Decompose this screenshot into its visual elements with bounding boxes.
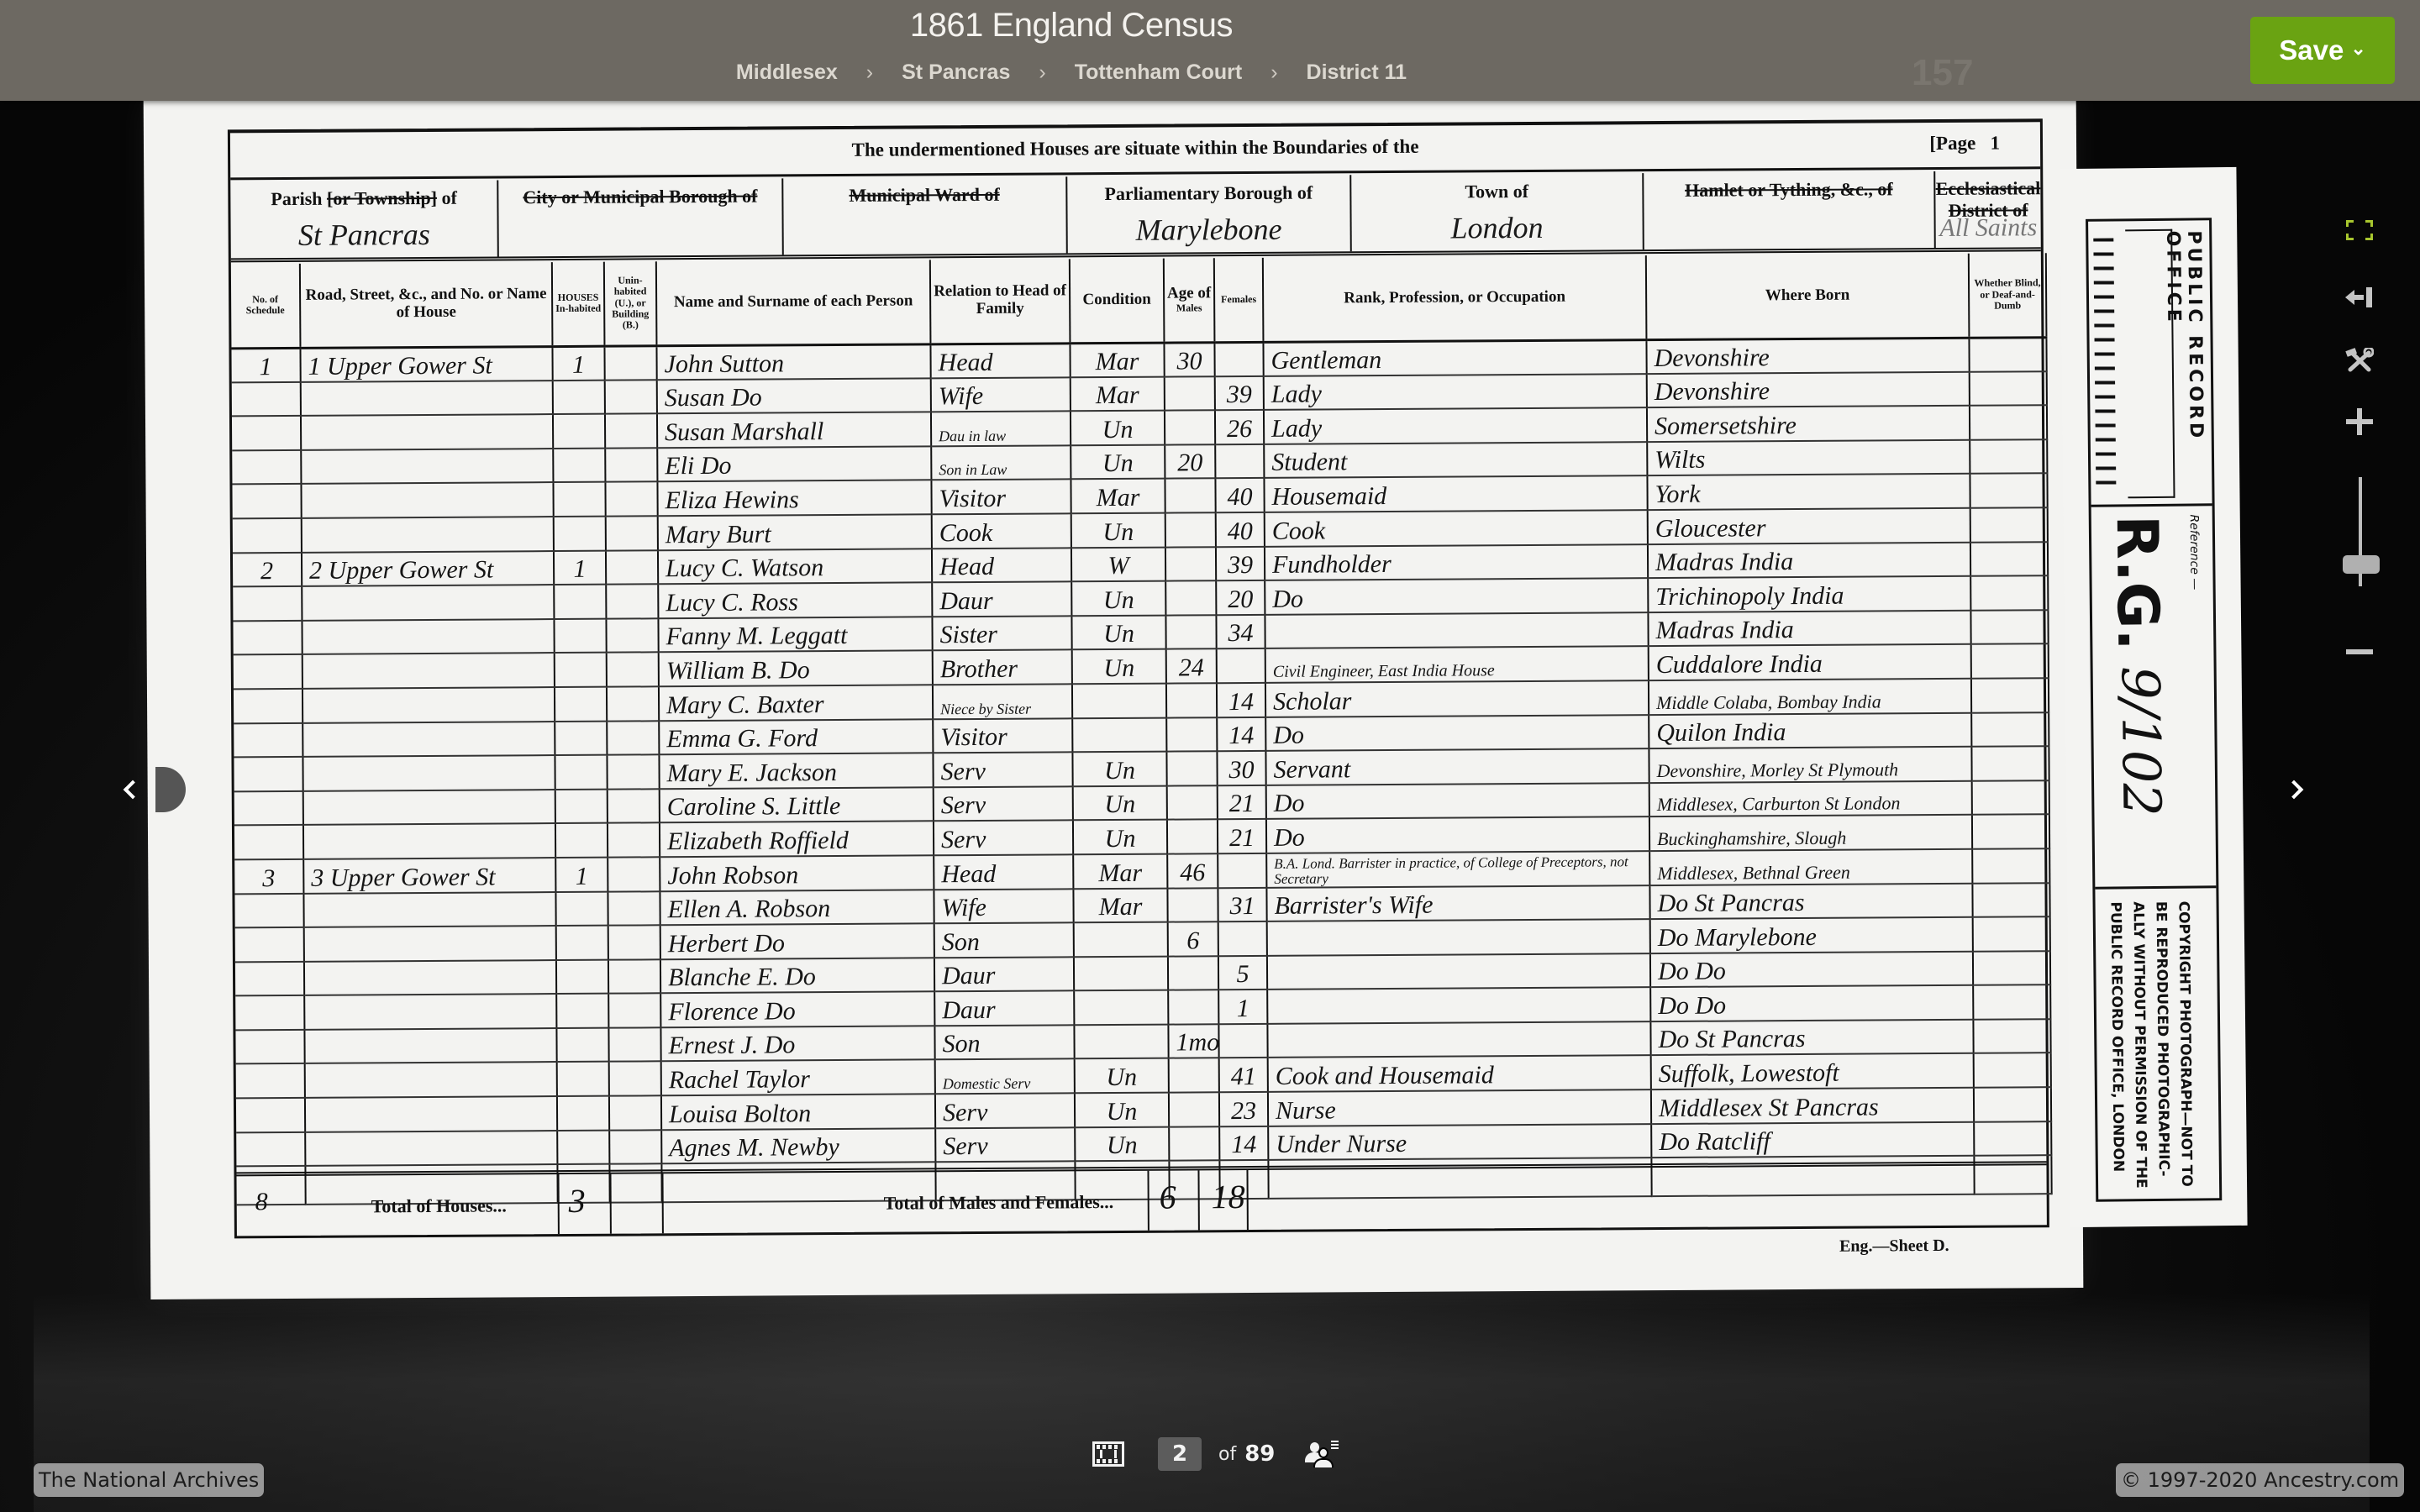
filmstrip-icon[interactable] xyxy=(1092,1441,1124,1467)
total-houses-value: 3 xyxy=(569,1181,586,1221)
cell-empty xyxy=(608,789,660,823)
previous-image-button[interactable] xyxy=(101,760,168,819)
area-heading: Town ofLondon xyxy=(1351,173,1644,251)
cell-condition xyxy=(1074,1024,1168,1058)
cell-male-age xyxy=(1168,956,1218,990)
cell-born: Madras India xyxy=(1648,611,1970,647)
cell-road xyxy=(304,960,556,995)
cell-born: Do Ratcliff xyxy=(1651,1121,1974,1158)
cell-empty xyxy=(607,653,659,687)
cell-condition: W xyxy=(1071,547,1165,581)
cell-schedule xyxy=(232,381,301,416)
cell-empty xyxy=(608,823,660,858)
cell-condition: Un xyxy=(1075,1058,1169,1093)
cell-condition: Un xyxy=(1072,649,1166,684)
cell-occupation: Under Nurse xyxy=(1268,1124,1651,1160)
reference-card: PUBLIC RECORD OFFICE Reference — R.G. 9/… xyxy=(2060,167,2247,1227)
cell-road xyxy=(304,1028,556,1063)
cell-male-age xyxy=(1169,1058,1219,1093)
cell-female-age xyxy=(1215,444,1264,479)
zoom-in-button[interactable] xyxy=(2339,402,2380,442)
cell-relation: Son xyxy=(934,1025,1074,1060)
cell-empty xyxy=(1971,678,2049,712)
cell-name: Lucy C. Watson xyxy=(658,549,932,585)
cell-occupation: Do xyxy=(1265,715,1649,751)
copyright-line: PUBLIC RECORD OFFICE, LONDON xyxy=(2104,901,2130,1189)
area-heading: Ecclesiastical District ofAll Saints xyxy=(1936,171,2041,248)
cell-road xyxy=(305,1096,557,1131)
cell-name: Ellen A. Robson xyxy=(660,890,934,926)
cell-inhabited xyxy=(554,618,606,653)
cell-name: John Robson xyxy=(660,855,934,891)
cell-name: Emma G. Ford xyxy=(659,719,933,755)
cell-condition: Un xyxy=(1072,752,1166,786)
area-headings: Parish [or Township] ofSt PancrasCity or… xyxy=(230,171,2041,262)
cell-male-age: 6 xyxy=(1168,921,1218,956)
cell-female-age: 1 xyxy=(1218,990,1267,1024)
cell-inhabited xyxy=(554,517,606,551)
cell-inhabited xyxy=(557,1096,609,1131)
cell-road xyxy=(302,585,554,620)
cell-male-age xyxy=(1169,1126,1219,1161)
cell-occupation: Lady xyxy=(1264,407,1647,444)
cell-male-age xyxy=(1167,888,1218,922)
cell-born: Middle Colaba, Bombay India xyxy=(1649,679,1971,715)
cell-schedule xyxy=(232,416,301,450)
cell-name: Ernest J. Do xyxy=(660,1026,934,1062)
cell-condition: Un xyxy=(1075,1093,1169,1127)
cell-female-age: 41 xyxy=(1219,1058,1268,1092)
cell-occupation: Housemaid xyxy=(1264,475,1647,512)
cell-name: Mary E. Jackson xyxy=(659,753,933,789)
breadcrumb-district[interactable]: District 11 xyxy=(1300,60,1414,84)
cell-occupation xyxy=(1265,612,1648,648)
ruler-title: PUBLIC RECORD OFFICE xyxy=(2162,230,2207,504)
table-header-row: No. of Schedule Road, Street, &c., and N… xyxy=(231,253,2047,348)
total-females: 18 xyxy=(1212,1177,1245,1216)
total-pages: 89 xyxy=(1244,1441,1275,1467)
cell-name: Louisa Bolton xyxy=(661,1094,935,1130)
cell-inhabited xyxy=(555,721,607,755)
cell-female-age: 39 xyxy=(1216,546,1265,580)
cell-female-age: 31 xyxy=(1218,887,1266,921)
cell-empty xyxy=(1974,1087,2051,1121)
cell-condition: Mar xyxy=(1071,479,1165,513)
cell-male-age xyxy=(1165,580,1216,615)
cell-name: Susan Do xyxy=(657,378,931,414)
cell-schedule xyxy=(233,518,302,553)
cell-inhabited xyxy=(554,585,606,619)
area-value xyxy=(783,248,1065,249)
collapse-panel-button[interactable] xyxy=(2339,277,2380,318)
cell-schedule xyxy=(233,586,302,621)
tools-icon xyxy=(2345,348,2374,373)
cell-road xyxy=(303,892,555,927)
cell-born: Buckinghamshire, Slough xyxy=(1649,815,1972,851)
cell-empty xyxy=(606,584,658,618)
cell-relation: Serv xyxy=(935,1093,1075,1128)
cell-inhabited xyxy=(555,891,608,926)
cell-condition: Un xyxy=(1071,411,1165,445)
copyright-credit: © 1997-2020 Ancestry.com xyxy=(2116,1463,2404,1497)
cell-occupation: Gentleman xyxy=(1263,339,1646,375)
area-value xyxy=(1644,243,1934,244)
cell-relation: Serv xyxy=(934,821,1073,856)
cell-name: Eli Do xyxy=(657,446,931,482)
cell-male-age xyxy=(1165,410,1215,444)
area-value: Marylebone xyxy=(1067,211,1349,248)
cell-condition: Un xyxy=(1073,820,1167,854)
cell-schedule xyxy=(234,689,302,723)
page-label: [Page 1 xyxy=(1929,123,2000,165)
cell-relation: Son in Law xyxy=(931,445,1071,480)
cell-empty xyxy=(606,550,658,585)
cell-road: 2 Upper Gower St xyxy=(302,551,554,586)
col-inhabited: HOUSESIn-habited xyxy=(552,262,605,346)
cell-inhabited xyxy=(555,687,607,722)
collapse-panel-icon xyxy=(2345,286,2374,308)
cell-male-age: 46 xyxy=(1167,853,1218,888)
cell-relation: Son xyxy=(934,922,1074,958)
cell-inhabited xyxy=(556,959,608,994)
cell-name: Blanche E. Do xyxy=(660,958,934,994)
cell-empty xyxy=(1974,1053,2051,1088)
cell-relation: Serv xyxy=(934,786,1073,822)
cell-name: Fanny M. Leggatt xyxy=(658,617,932,653)
cell-empty xyxy=(1973,1019,2050,1053)
cell-occupation: Civil Engineer, East India House xyxy=(1265,646,1649,682)
cell-female-age: 26 xyxy=(1215,410,1264,444)
cell-empty xyxy=(1970,542,2048,576)
cell-road xyxy=(303,790,555,825)
cell-born: Wilts xyxy=(1647,440,1970,476)
cell-empty xyxy=(1972,780,2049,815)
cell-male-age xyxy=(1169,1092,1219,1126)
cell-road xyxy=(303,823,555,858)
zoom-in-icon xyxy=(2346,408,2373,435)
cell-relation: Domestic Serv xyxy=(935,1059,1075,1095)
cell-name: Lucy C. Ross xyxy=(658,582,932,618)
copyright-line: COPYRIGHT PHOTOGRAPH—NOT TO xyxy=(2172,901,2198,1189)
chevron-left-icon xyxy=(124,780,143,800)
tools-button[interactable] xyxy=(2339,340,2380,381)
cell-road xyxy=(302,755,555,790)
cell-name: William B. Do xyxy=(659,651,933,687)
chevron-down-icon: ⌄ xyxy=(2350,38,2365,60)
cell-empty xyxy=(605,413,657,448)
cell-inhabited xyxy=(555,653,607,687)
cell-male-age: 30 xyxy=(1164,342,1214,376)
cell-occupation: B.A. Lond. Barrister in practice, of Col… xyxy=(1266,851,1649,887)
cell-relation: Daur xyxy=(934,991,1074,1026)
cell-born: Do St Pancras xyxy=(1650,1020,1973,1056)
cell-male-age: 20 xyxy=(1165,444,1215,479)
cell-condition: Mar xyxy=(1071,376,1165,411)
cell-female-age xyxy=(1218,1024,1267,1058)
area-heading: Hamlet or Tything, &c., of xyxy=(1644,171,1936,249)
cell-road xyxy=(302,517,554,552)
cell-road xyxy=(304,926,556,961)
zoom-slider-handle[interactable] xyxy=(2343,555,2380,574)
cell-inhabited xyxy=(553,414,605,449)
cell-empty xyxy=(604,345,656,380)
cell-inhabited xyxy=(553,380,605,414)
cell-schedule: 3 xyxy=(234,859,303,894)
area-heading: City or Municipal Borough of xyxy=(499,178,784,256)
cell-empty xyxy=(605,448,657,482)
cell-born: Trichinopoly India xyxy=(1648,576,1970,612)
cell-inhabited xyxy=(555,823,608,858)
col-occupation: Rank, Profession, or Occupation xyxy=(1263,255,1647,342)
cell-empty xyxy=(1970,575,2048,610)
census-table: No. of Schedule Road, Street, &c., and N… xyxy=(231,253,2053,1205)
cell-relation: Wife xyxy=(931,377,1071,412)
cell-empty xyxy=(606,516,658,550)
cell-inhabited xyxy=(556,926,608,960)
cell-schedule xyxy=(236,1132,305,1167)
cell-inhabited: 1 xyxy=(554,550,606,585)
cell-occupation: Fundholder xyxy=(1265,544,1648,580)
cell-condition xyxy=(1072,717,1166,752)
cell-relation: Dau in law xyxy=(931,411,1071,446)
census-form: The undermentioned Houses are situate wi… xyxy=(228,118,2049,1238)
cell-empty xyxy=(609,1130,661,1164)
cell-female-age: 20 xyxy=(1216,580,1265,615)
cell-name: Agnes M. Newby xyxy=(661,1128,935,1164)
cell-schedule xyxy=(235,1030,304,1064)
area-label: Parish xyxy=(271,188,327,209)
sheet-footer: Eng.—Sheet D. xyxy=(1839,1236,1949,1257)
cell-relation: Visitor xyxy=(933,718,1072,753)
reference-number: Reference — R.G. 9/102 xyxy=(2091,506,2217,889)
cell-male-age xyxy=(1165,376,1215,411)
cell-female-age: 34 xyxy=(1216,615,1265,649)
copyright-notice: COPYRIGHT PHOTOGRAPH—NOT TOBE REPRODUCED… xyxy=(2095,890,2219,1202)
cell-born: Somersetshire xyxy=(1647,406,1970,442)
cell-female-age: 40 xyxy=(1216,512,1265,547)
cell-condition: Un xyxy=(1071,581,1165,616)
cell-empty xyxy=(608,959,660,994)
area-value: St Pancras xyxy=(231,216,498,253)
cell-condition xyxy=(1074,922,1168,957)
cell-condition xyxy=(1074,956,1168,990)
cell-occupation: Do xyxy=(1265,578,1648,614)
cell-empty xyxy=(1969,337,2046,371)
cell-male-age xyxy=(1167,820,1218,854)
cell-relation: Visitor xyxy=(931,480,1071,515)
cell-condition: Un xyxy=(1073,785,1167,820)
cell-empty xyxy=(605,380,657,414)
cell-male-age xyxy=(1166,683,1217,717)
page-number-input[interactable] xyxy=(1158,1437,1202,1471)
reference-series: R.G. xyxy=(2103,515,2171,651)
cell-empty xyxy=(608,857,660,891)
col-age-males: Age ofMales xyxy=(1164,258,1215,342)
cell-road xyxy=(305,1131,557,1166)
cell-name: Mary C. Baxter xyxy=(659,685,933,721)
cell-empty xyxy=(607,686,659,721)
cell-road xyxy=(302,653,555,688)
cell-empty xyxy=(609,1095,661,1130)
cell-schedule xyxy=(234,722,302,757)
copyright-line: ALLY WITHOUT PERMISSION OF THE xyxy=(2127,901,2153,1189)
cell-inhabited: 1 xyxy=(552,346,604,381)
breadcrumb-county[interactable]: Middlesex xyxy=(729,60,844,84)
col-condition: Condition xyxy=(1070,259,1165,344)
cell-relation: Cook xyxy=(932,513,1071,549)
cell-empty xyxy=(1970,371,2047,406)
cell-schedule xyxy=(232,450,301,485)
of-label: of xyxy=(1218,1444,1236,1465)
cell-relation: Daur xyxy=(932,581,1071,617)
cell-female-age: 14 xyxy=(1219,1126,1268,1161)
cell-schedule xyxy=(234,757,302,791)
cell-condition: Un xyxy=(1071,444,1165,479)
cell-relation: Head xyxy=(932,548,1071,583)
cell-schedule: 2 xyxy=(233,552,302,586)
cell-born: York xyxy=(1647,474,1970,510)
cell-empty xyxy=(1972,848,2049,883)
cell-relation: Head xyxy=(934,854,1073,890)
zoom-out-button[interactable] xyxy=(2339,632,2380,672)
cell-inhabited xyxy=(555,789,608,823)
cell-inhabited xyxy=(553,482,605,517)
cell-inhabited xyxy=(555,755,607,790)
next-image-button[interactable] xyxy=(2269,760,2319,819)
cell-male-age xyxy=(1165,512,1216,547)
cell-inhabited xyxy=(556,1028,608,1063)
index-panel-icon[interactable] xyxy=(1305,1441,1339,1467)
cell-empty xyxy=(1971,746,2049,780)
breadcrumb-parish[interactable]: St Pancras xyxy=(895,60,1017,84)
cell-road xyxy=(301,482,553,517)
header-bar: 157 1861 England Census Middlesex›St Pan… xyxy=(0,0,2420,101)
cell-occupation xyxy=(1267,919,1650,955)
cell-occupation: Scholar xyxy=(1265,680,1649,717)
area-heading: Parliamentary Borough ofMarylebone xyxy=(1067,175,1352,253)
cell-road: 1 Upper Gower St xyxy=(300,346,552,381)
col-uninhabited: Unin-habited (U.), or Building (B.) xyxy=(604,261,657,345)
cell-male-age: 24 xyxy=(1166,649,1217,684)
cell-empty xyxy=(1971,712,2049,747)
cell-empty xyxy=(1970,507,2048,542)
cell-empty xyxy=(607,721,659,755)
cell-schedule xyxy=(235,995,304,1030)
cell-schedule xyxy=(234,893,303,927)
area-heading: Municipal Ward of xyxy=(783,176,1068,255)
breadcrumb: Middlesex›St Pancras›Tottenham Court›Dis… xyxy=(0,60,2143,85)
cell-occupation: Cook xyxy=(1265,510,1648,546)
cell-occupation: Servant xyxy=(1265,748,1649,785)
cell-male-age xyxy=(1167,785,1218,820)
breadcrumb-subdistrict[interactable]: Tottenham Court xyxy=(1068,60,1249,84)
fullscreen-button[interactable] xyxy=(2339,210,2380,250)
cell-born: Suffolk, Lowestoft xyxy=(1651,1053,1974,1089)
cell-condition xyxy=(1072,684,1166,718)
cell-born: Do St Pancras xyxy=(1649,883,1972,919)
cell-born: Devonshire xyxy=(1646,338,1969,374)
cell-born: Devonshire xyxy=(1647,371,1970,407)
cell-empty xyxy=(1970,474,2047,508)
census-page-image[interactable]: The undermentioned Houses are situate wi… xyxy=(144,87,2084,1299)
chevron-right-icon xyxy=(2285,780,2304,800)
area-label: Town of xyxy=(1465,181,1528,202)
cell-empty xyxy=(608,1027,660,1062)
cell-empty xyxy=(1970,405,2047,439)
cell-inhabited xyxy=(556,994,608,1028)
cell-empty xyxy=(1972,883,2049,917)
cell-occupation: Barrister's Wife xyxy=(1266,885,1649,921)
cell-female-age xyxy=(1218,921,1267,956)
copyright-line: BE REPRODUCED PHOTOGRAPHIC- xyxy=(2149,901,2175,1189)
cell-empty xyxy=(608,994,660,1028)
col-where-born: Where Born xyxy=(1646,254,1970,339)
ruler: PUBLIC RECORD OFFICE xyxy=(2088,220,2212,507)
cell-born: Do Do xyxy=(1650,985,1973,1021)
cell-occupation: Lady xyxy=(1264,374,1647,410)
cell-female-age: 30 xyxy=(1217,751,1265,785)
fullscreen-icon xyxy=(2346,220,2373,240)
cell-born: Do Marylebone xyxy=(1650,917,1973,953)
cell-male-age xyxy=(1165,615,1216,649)
image-viewer[interactable]: The undermentioned Houses are situate wi… xyxy=(0,0,2420,1512)
area-heading: Parish [or Township] ofSt Pancras xyxy=(230,180,499,258)
total-houses-label: Total of Houses... xyxy=(371,1194,507,1217)
cell-relation: Head xyxy=(930,343,1070,378)
cell-occupation xyxy=(1267,953,1650,990)
cell-born: Do Do xyxy=(1650,951,1973,987)
cell-inhabited xyxy=(557,1062,609,1096)
cell-road xyxy=(302,687,555,722)
cell-road: 3 Upper Gower St xyxy=(303,858,555,893)
cell-condition: Un xyxy=(1071,615,1165,649)
cell-empty xyxy=(1970,610,2048,644)
cell-schedule xyxy=(236,1098,305,1132)
cell-male-age xyxy=(1165,479,1215,513)
cell-condition: Mar xyxy=(1073,888,1167,922)
cell-occupation xyxy=(1267,987,1650,1023)
col-blind: Whether Blind, or Deaf-and-Dumb xyxy=(1969,253,2047,338)
save-button[interactable]: Save ⌄ xyxy=(2250,17,2395,84)
cell-empty xyxy=(1973,916,2050,951)
cell-empty xyxy=(605,482,657,517)
cell-male-age xyxy=(1168,990,1218,1025)
cell-female-age: 21 xyxy=(1218,785,1266,820)
cell-empty xyxy=(1974,1121,2051,1156)
image-pager: of 89 xyxy=(1092,1433,1339,1475)
cell-inhabited xyxy=(553,448,605,482)
cell-schedule xyxy=(235,962,304,996)
cell-name: Susan Marshall xyxy=(657,412,931,449)
cell-schedule xyxy=(236,1063,305,1098)
col-age-females: Females xyxy=(1214,258,1264,342)
cell-born: Madras India xyxy=(1648,542,1970,578)
cell-born: Middlesex St Pancras xyxy=(1651,1088,1974,1124)
cell-female-age: 39 xyxy=(1215,375,1264,410)
cell-empty xyxy=(608,925,660,959)
cell-male-age xyxy=(1165,547,1216,581)
cell-empty xyxy=(606,618,658,653)
cell-schedule xyxy=(234,791,303,826)
cell-condition: Mar xyxy=(1073,854,1167,889)
cell-female-age: 14 xyxy=(1217,717,1265,751)
cell-inhabited: 1 xyxy=(555,858,608,892)
cell-schedule xyxy=(232,484,301,518)
cell-road xyxy=(305,1063,557,1098)
cell-schedule xyxy=(235,927,304,962)
col-schedule: No. of Schedule xyxy=(231,264,301,348)
source-credit: The National Archives xyxy=(34,1463,264,1497)
